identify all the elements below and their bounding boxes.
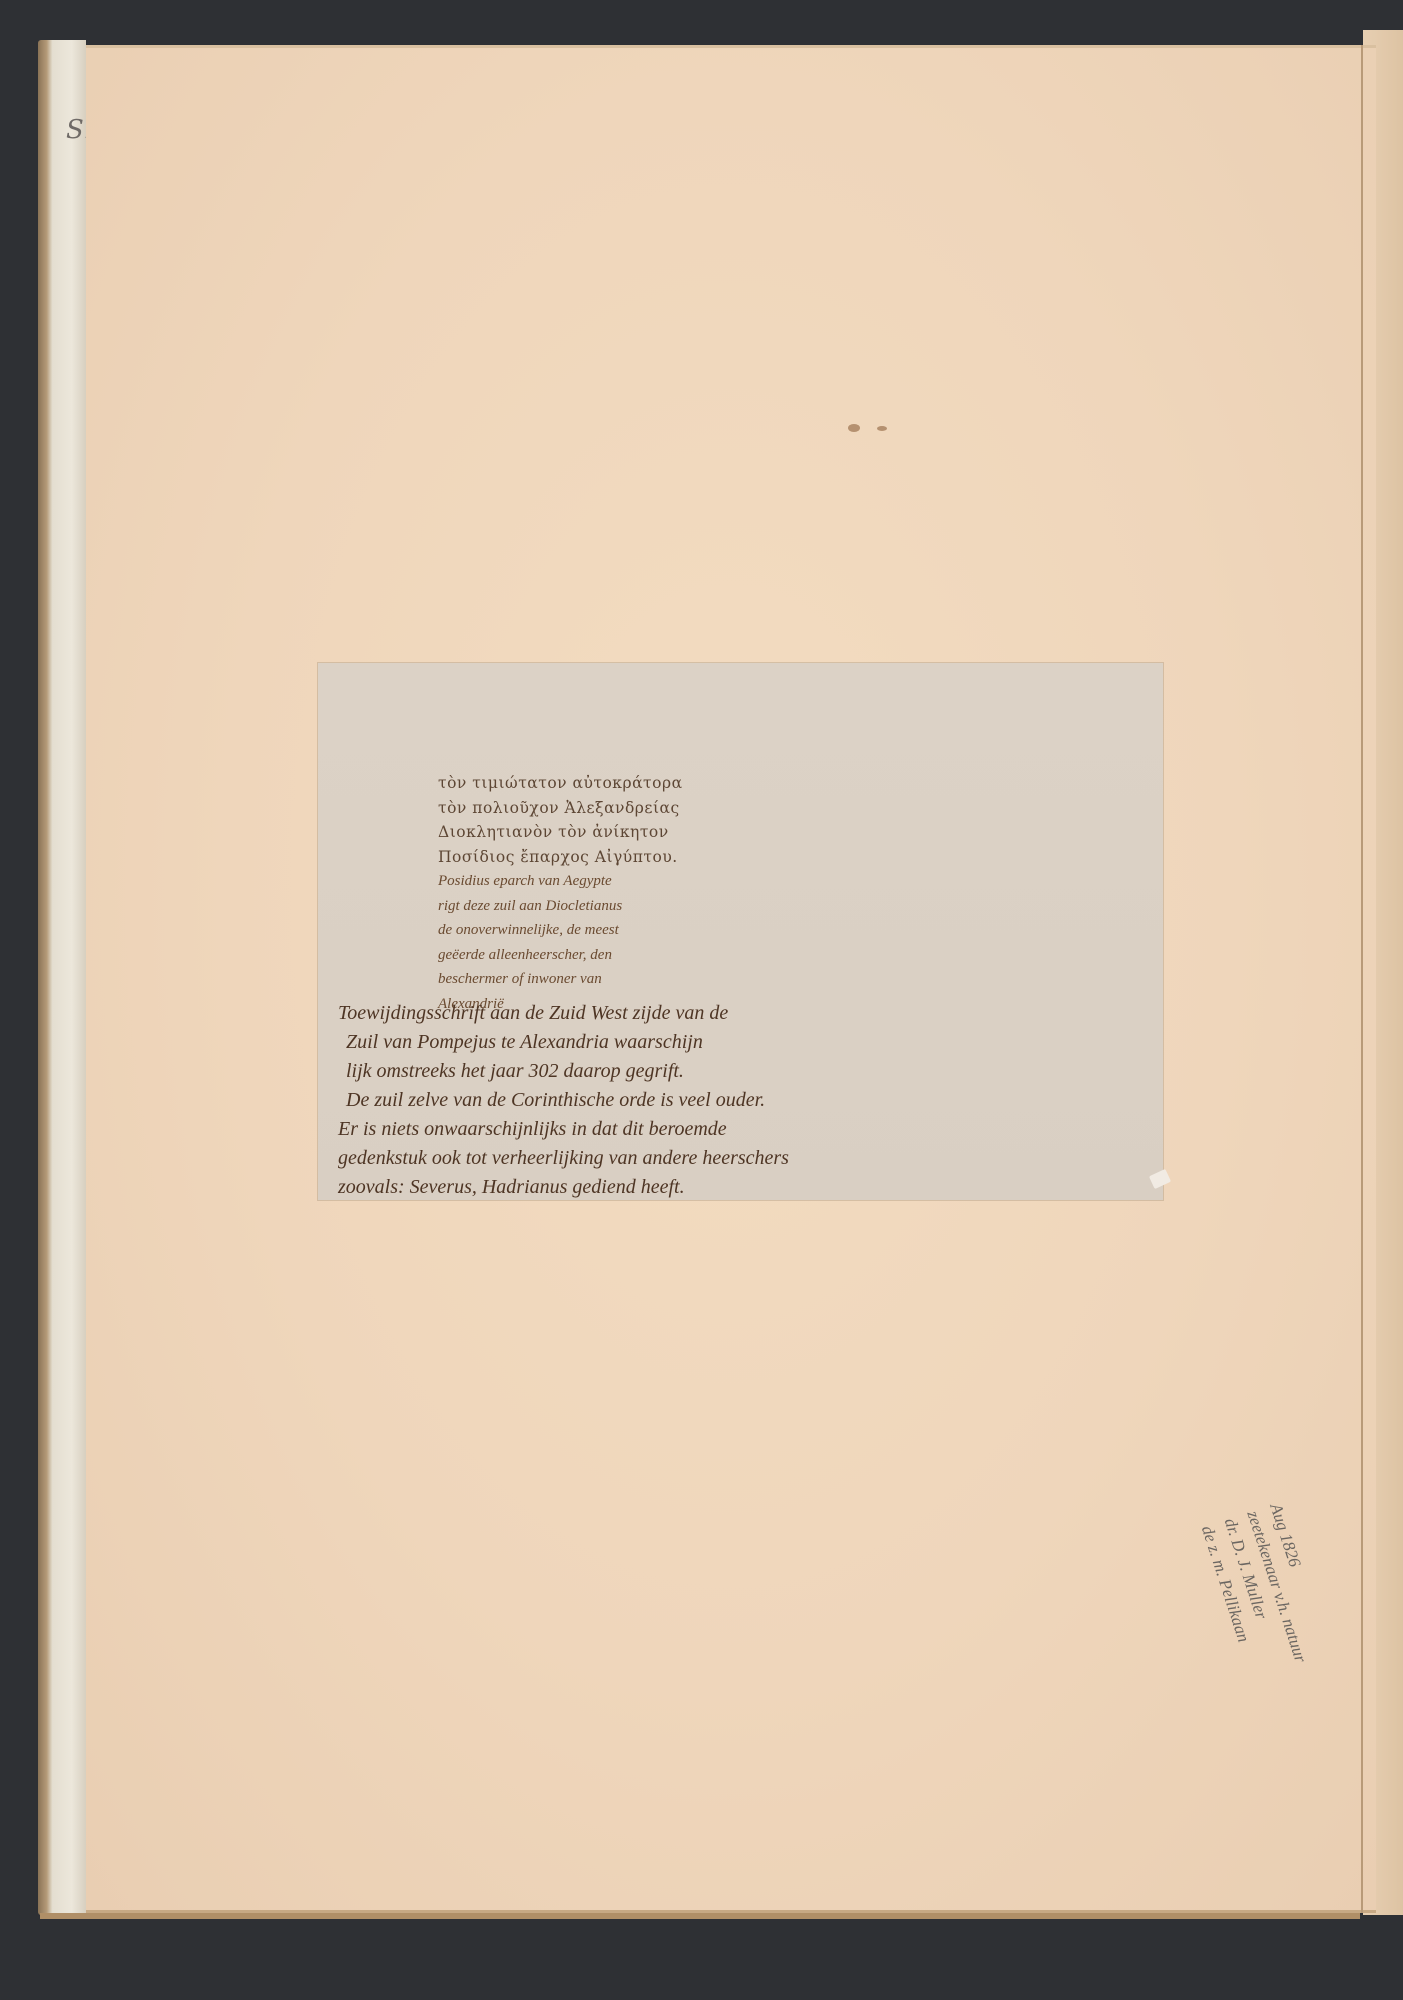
greek-inscription: τὸν τιμιώτατον αὐτοκράτορα τὸν πολιοῦχον… [438, 771, 738, 869]
translation-line: Posidius eparch van Aegypte [438, 869, 758, 894]
pasted-handwritten-note: τὸν τιμιώτατον αὐτοκράτορα τὸν πολιοῦχον… [318, 663, 1163, 1200]
translation-line: beschermer of inwoner van [438, 967, 758, 992]
foxing-spot [848, 424, 860, 432]
greek-line: Διοκλητιανὸν τὸν ἀνίκητον [438, 820, 738, 845]
commentary-line: De zuil zelve van de Corinthische orde i… [338, 1086, 1138, 1115]
greek-line: τὸν τιμιώτατον αὐτοκράτορα [438, 771, 738, 796]
commentary-line: Toewijdingsschrift aan de Zuid West zijd… [338, 999, 1138, 1028]
dutch-translation: Posidius eparch van Aegypte rigt deze zu… [438, 869, 758, 1016]
translation-line: de onoverwinnelijke, de meest [438, 918, 758, 943]
translation-line: geëerde alleenheerscher, den [438, 943, 758, 968]
foxing-spot [877, 426, 887, 431]
commentary-line: zoovals: Severus, Hadrianus gediend heef… [338, 1173, 1138, 1202]
greek-line: Ποσίδιος ἔπαρχος Αἰγύπτου. [438, 845, 738, 870]
page-bottom-edge [40, 1913, 1360, 1919]
commentary-line: gedenkstuk ook tot verheerlijking van an… [338, 1144, 1138, 1173]
commentary-line: Zuil van Pompejus te Alexandria waarschi… [338, 1028, 1138, 1057]
album-binding-strip [38, 40, 86, 1915]
commentary-line: lijk omstreeks het jaar 302 daarop gegri… [338, 1057, 1138, 1086]
page-fold-line [1361, 45, 1363, 1913]
commentary-line: Er is niets onwaarschijnlijks in dat dit… [338, 1115, 1138, 1144]
commentary-paragraph: Toewijdingsschrift aan de Zuid West zijd… [338, 999, 1138, 1202]
greek-line: τὸν πολιοῦχον Ἀλεξανδρείας [438, 796, 738, 821]
translation-line: rigt deze zuil aan Diocletianus [438, 894, 758, 919]
